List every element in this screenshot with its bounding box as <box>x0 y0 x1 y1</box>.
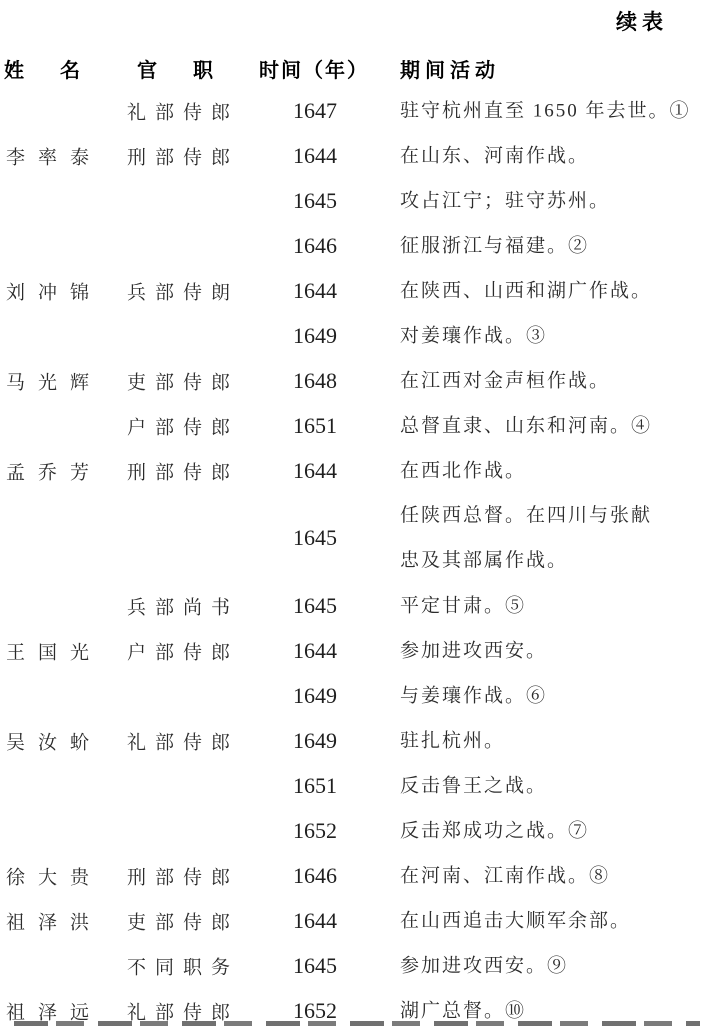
cell-activity: 平定甘肃。⑤ <box>400 583 526 628</box>
table-row: 礼部侍郎1647驻守杭州直至 1650 年去世。① <box>0 88 702 133</box>
cell-official-title: 礼部侍郎 <box>127 727 239 754</box>
cell-name: 王国光 <box>6 637 102 664</box>
cell-activity: 总督直隶、山东和河南。④ <box>400 403 652 448</box>
cell-year: 1648 <box>255 368 375 394</box>
cell-year: 1652 <box>255 818 375 844</box>
header-activity: 期间活动 <box>400 56 500 86</box>
activity-line: 总督直隶、山东和河南。④ <box>400 403 652 448</box>
book-page: 续表 姓 名 官 职 时间（年） 期间活动 礼部侍郎1647驻守杭州直至 165… <box>0 0 702 1026</box>
table-row: 祖泽洪吏部侍郎1644在山西追击大顺军余部。 <box>0 898 702 943</box>
cell-activity: 驻守杭州直至 1650 年去世。① <box>400 88 691 133</box>
cell-year: 1645 <box>255 188 375 214</box>
cell-activity: 在河南、江南作战。⑧ <box>400 853 610 898</box>
activity-line: 任陕西总督。在四川与张献 <box>400 493 652 538</box>
cell-name: 马光辉 <box>6 367 102 394</box>
cell-year: 1645 <box>255 593 375 619</box>
header-name: 姓 名 <box>4 56 88 86</box>
table-row: 户部侍郎1651总督直隶、山东和河南。④ <box>0 403 702 448</box>
table-row: 1649对姜瓖作战。③ <box>0 313 702 358</box>
cell-activity: 攻占江宁；驻守苏州。 <box>400 178 610 223</box>
activity-line: 攻占江宁；驻守苏州。 <box>400 178 610 223</box>
cell-official-title: 不同职务 <box>127 952 239 979</box>
table-row: 吴汝蚧礼部侍郎1649驻扎杭州。 <box>0 718 702 763</box>
cell-activity: 对姜瓖作战。③ <box>400 313 547 358</box>
activity-line: 反击鲁王之战。 <box>400 763 547 808</box>
activity-line: 在河南、江南作战。⑧ <box>400 853 610 898</box>
activity-line: 在山西追击大顺军余部。 <box>400 898 631 943</box>
cell-year: 1652 <box>255 998 375 1024</box>
cell-name: 刘冲锦 <box>6 277 102 304</box>
cell-activity: 反击鲁王之战。 <box>400 763 547 808</box>
table-row: 1651反击鲁王之战。 <box>0 763 702 808</box>
cell-year: 1644 <box>255 908 375 934</box>
cell-activity: 征服浙江与福建。② <box>400 223 589 268</box>
cell-activity: 在西北作战。 <box>400 448 526 493</box>
cell-name: 吴汝蚧 <box>6 727 102 754</box>
activity-line: 参加进攻西安。⑨ <box>400 943 568 988</box>
cell-official-title: 礼部侍郎 <box>127 97 239 124</box>
activity-line: 与姜瓖作战。⑥ <box>400 673 547 718</box>
table-row: 王国光户部侍郎1644参加进攻西安。 <box>0 628 702 673</box>
activity-line: 参加进攻西安。 <box>400 628 547 673</box>
table-row: 徐大贵刑部侍郎1646在河南、江南作战。⑧ <box>0 853 702 898</box>
table-row: 李率泰刑部侍郎1644在山东、河南作战。 <box>0 133 702 178</box>
cell-year: 1649 <box>255 728 375 754</box>
cell-official-title: 兵部侍朗 <box>127 277 239 304</box>
activity-line: 忠及其部属作战。 <box>400 538 652 583</box>
cell-name: 孟乔芳 <box>6 457 102 484</box>
cell-year: 1644 <box>255 638 375 664</box>
cell-activity: 在江西对金声桓作战。 <box>400 358 610 403</box>
cell-year: 1644 <box>255 458 375 484</box>
table-row: 刘冲锦兵部侍朗1644在陕西、山西和湖广作战。 <box>0 268 702 313</box>
cell-year: 1651 <box>255 773 375 799</box>
cell-year: 1649 <box>255 323 375 349</box>
cell-activity: 任陕西总督。在四川与张献忠及其部属作战。 <box>400 493 652 583</box>
cell-year: 1647 <box>255 98 375 124</box>
activity-line: 在西北作战。 <box>400 448 526 493</box>
cell-activity: 参加进攻西安。 <box>400 628 547 673</box>
cell-year: 1644 <box>255 278 375 304</box>
cell-name: 李率泰 <box>6 142 102 169</box>
table-row: 兵部尚书1645平定甘肃。⑤ <box>0 583 702 628</box>
cell-year: 1644 <box>255 143 375 169</box>
header-official-title: 官 职 <box>137 56 221 86</box>
cell-year: 1649 <box>255 683 375 709</box>
continued-table-label: 续表 <box>616 6 668 36</box>
activity-line: 平定甘肃。⑤ <box>400 583 526 628</box>
cell-year: 1646 <box>255 863 375 889</box>
table-row: 1649与姜瓖作战。⑥ <box>0 673 702 718</box>
activity-line: 反击郑成功之战。⑦ <box>400 808 589 853</box>
table-row: 1646征服浙江与福建。② <box>0 223 702 268</box>
cell-year: 1645 <box>255 953 375 979</box>
activity-line: 在江西对金声桓作战。 <box>400 358 610 403</box>
activity-line: 征服浙江与福建。② <box>400 223 589 268</box>
cell-activity: 驻扎杭州。 <box>400 718 505 763</box>
cell-official-title: 兵部尚书 <box>127 592 239 619</box>
cell-year: 1646 <box>255 233 375 259</box>
cell-name: 徐大贵 <box>6 862 102 889</box>
cell-official-title: 吏部侍郎 <box>127 907 239 934</box>
table-row: 孟乔芳刑部侍郎1644在西北作战。 <box>0 448 702 493</box>
cell-activity: 在陕西、山西和湖广作战。 <box>400 268 652 313</box>
cell-official-title: 吏部侍郎 <box>127 367 239 394</box>
activity-line: 在山东、河南作战。 <box>400 133 589 178</box>
cell-official-title: 刑部侍郎 <box>127 457 239 484</box>
header-year: 时间（年） <box>259 56 369 86</box>
cell-official-title: 户部侍郎 <box>127 637 239 664</box>
cell-activity: 反击郑成功之战。⑦ <box>400 808 589 853</box>
table-row: 1652反击郑成功之战。⑦ <box>0 808 702 853</box>
activity-line: 对姜瓖作战。③ <box>400 313 547 358</box>
table-row: 1645攻占江宁；驻守苏州。 <box>0 178 702 223</box>
cell-name: 祖泽远 <box>6 997 102 1024</box>
cell-official-title: 礼部侍郎 <box>127 997 239 1024</box>
cell-official-title: 刑部侍郎 <box>127 142 239 169</box>
cell-year: 1645 <box>255 525 375 551</box>
cell-activity: 在山西追击大顺军余部。 <box>400 898 631 943</box>
clipped-next-row-edge <box>14 1021 700 1026</box>
activity-line: 驻守杭州直至 1650 年去世。① <box>400 88 691 133</box>
table-header-row: 姓 名 官 职 时间（年） 期间活动 <box>0 56 702 86</box>
table-row: 1645任陕西总督。在四川与张献忠及其部属作战。 <box>0 493 702 583</box>
cell-official-title: 户部侍郎 <box>127 412 239 439</box>
cell-activity: 与姜瓖作战。⑥ <box>400 673 547 718</box>
cell-year: 1651 <box>255 413 375 439</box>
activity-line: 驻扎杭州。 <box>400 718 505 763</box>
cell-name: 祖泽洪 <box>6 907 102 934</box>
table-body: 礼部侍郎1647驻守杭州直至 1650 年去世。①李率泰刑部侍郎1644在山东、… <box>0 88 702 1026</box>
cell-activity: 在山东、河南作战。 <box>400 133 589 178</box>
cell-official-title: 刑部侍郎 <box>127 862 239 889</box>
activity-line: 在陕西、山西和湖广作战。 <box>400 268 652 313</box>
table-row: 不同职务1645参加进攻西安。⑨ <box>0 943 702 988</box>
table-row: 马光辉吏部侍郎1648在江西对金声桓作战。 <box>0 358 702 403</box>
cell-activity: 参加进攻西安。⑨ <box>400 943 568 988</box>
